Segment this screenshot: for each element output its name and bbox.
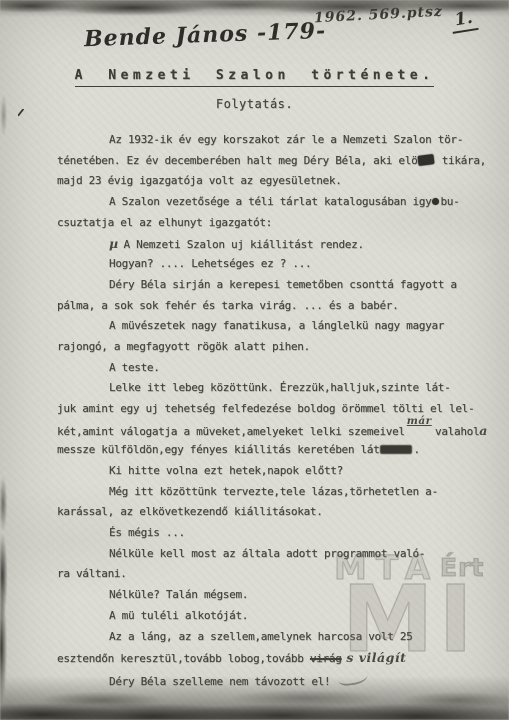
document-line: Az a láng, az a szellem,amelynek harcosa… xyxy=(57,630,503,651)
typed-text: pálma, a sok sok fehér és tarka virág. .… xyxy=(57,299,398,312)
document-line: Lelke itt lebeg közöttünk. Érezzük,hallj… xyxy=(57,381,503,402)
document-line: Déry Béla sirján a kerepesi temetőben cs… xyxy=(57,278,503,299)
typed-text: két,amint válogatja a müveket,amelyeket … xyxy=(57,425,405,438)
typed-text: Lelke itt lebeg közöttünk. Érezzük,hallj… xyxy=(109,381,450,394)
document-body: Az 1932-ik év egy korszakot zár le a Nem… xyxy=(57,133,503,692)
typed-text: tikára, xyxy=(435,154,486,167)
typed-text: bu- xyxy=(440,195,459,208)
document-title: A Nemzeti Szalon története. xyxy=(75,68,435,87)
typed-text: majd 23 évig igazgatója volt az egyesüle… xyxy=(57,174,342,187)
document-line: A Szalon vezetősége a téli tárlat katalo… xyxy=(57,195,503,216)
typed-text: csuztatja el az elhunyt igazgatót: xyxy=(57,216,272,229)
typed-text: A Szalon vezetősége a téli tárlat katalo… xyxy=(109,195,431,208)
typed-text: . xyxy=(413,443,419,456)
typed-text: Nélküle? Talán mégsem. xyxy=(109,588,248,601)
typed-text: valahol xyxy=(429,425,480,438)
scanned-document-page: Bende János -179- 1962. 569.ptsz 1. A Ne… xyxy=(0,0,509,720)
document-line: majd 23 évig igazgatója volt az egyesüle… xyxy=(57,174,503,195)
scan-edge-bottom xyxy=(0,676,509,720)
document-line: Ki hitte volna ezt hetek,napok előtt? xyxy=(57,464,503,485)
handwritten-text: µ xyxy=(109,236,124,251)
typed-text: A Nemzeti Szalon uj kiállitást rendez. xyxy=(124,238,364,251)
document-line: ra váltani. xyxy=(57,567,503,588)
document-line: Nélküle kell most az általa adott progra… xyxy=(57,547,503,568)
document-line: A müvészetek nagy fanatikusa, a lánglelk… xyxy=(57,319,503,340)
typed-text: Hogyan? .... Lehetséges ez ? ... xyxy=(109,257,311,270)
document-line: karással, az elkövetkezendő kiállitásoka… xyxy=(57,505,503,526)
document-line: csuztatja el az elhunyt igazgatót: xyxy=(57,216,503,237)
typed-text: A müvészetek nagy fanatikusa, a lánglelk… xyxy=(109,319,444,332)
document-line: pálma, a sok sok fehér és tarka virág. .… xyxy=(57,299,503,320)
document-line: ténetében. Ez év decemberében halt meg D… xyxy=(57,154,503,175)
document-line: Hogyan? .... Lehetséges ez ? ... xyxy=(57,257,503,278)
document-line: két,amint válogatja a müveket,amelyeket … xyxy=(57,423,503,444)
document-line: Nélküle? Talán mégsem. xyxy=(57,588,503,609)
document-line: esztendőn keresztül,tovább lobog,tovább … xyxy=(57,650,503,671)
typed-text: Déry Béla sirján a kerepesi temetőben cs… xyxy=(109,278,457,291)
typed-text: Ki hitte volna ezt hetek,napok előtt? xyxy=(109,464,343,477)
typed-text: esztendőn keresztül,tovább lobog,tovább xyxy=(57,652,310,665)
document-line: És mégis ... xyxy=(57,526,503,547)
handwritten-author: Bende János -179- xyxy=(84,18,327,52)
handwritten-insert: már xyxy=(407,415,432,427)
document-line: µ A Nemzeti Szalon uj kiállitást rendez. xyxy=(57,236,503,257)
struck-text: virág xyxy=(310,652,342,665)
typed-text: karással, az elkövetkezendő kiállitásoka… xyxy=(57,505,323,518)
typed-text: Még itt közöttünk tervezte,tele lázas,tö… xyxy=(109,485,438,498)
document-line: messze külföldön,egy fényes kiállitás ke… xyxy=(57,443,503,464)
scratched-out-text xyxy=(380,445,412,454)
typed-text: messze külföldön,egy fényes kiállitás ke… xyxy=(57,443,379,456)
document-line: A teste. xyxy=(57,361,503,382)
typed-text: Nélküle kell most az általa adott progra… xyxy=(109,547,425,560)
document-line: A mü tuléli alkotóját. xyxy=(57,609,503,630)
handwritten-text: s világít xyxy=(342,650,407,665)
typed-text: juk amint egy uj tehetség felfedezése bo… xyxy=(57,402,474,415)
typed-text: ra váltani. xyxy=(57,567,127,580)
document-line: juk amint egy uj tehetség felfedezése bo… xyxy=(57,402,503,423)
ink-blot xyxy=(432,198,439,205)
document-line: Az 1932-ik év egy korszakot zár le a Nem… xyxy=(57,133,503,154)
document-line: Még itt közöttünk tervezte,tele lázas,tö… xyxy=(57,485,503,506)
typed-text: A teste. xyxy=(109,361,160,374)
typed-text: Az a láng, az a szellem,amelynek harcosa… xyxy=(109,630,412,643)
typed-text: És mégis ... xyxy=(109,526,185,539)
document-subtitle: Folytatás. xyxy=(0,97,509,111)
handwritten-text: a xyxy=(479,423,488,438)
ink-blot xyxy=(418,154,435,166)
typed-text: Az 1932-ik év egy korszakot zár le a Nem… xyxy=(109,133,463,146)
typed-text: rajongó, a megfagyott rögök alatt pihen. xyxy=(57,340,310,353)
typed-text: ténetében. Ez év decemberében halt meg D… xyxy=(57,154,417,167)
typed-text: A mü tuléli alkotóját. xyxy=(109,609,248,622)
handwritten-page-number: 1. xyxy=(449,7,478,34)
title-wrap: A Nemzeti Szalon története. xyxy=(0,64,509,87)
document-line: rajongó, a megfagyott rögök alatt pihen. xyxy=(57,340,503,361)
